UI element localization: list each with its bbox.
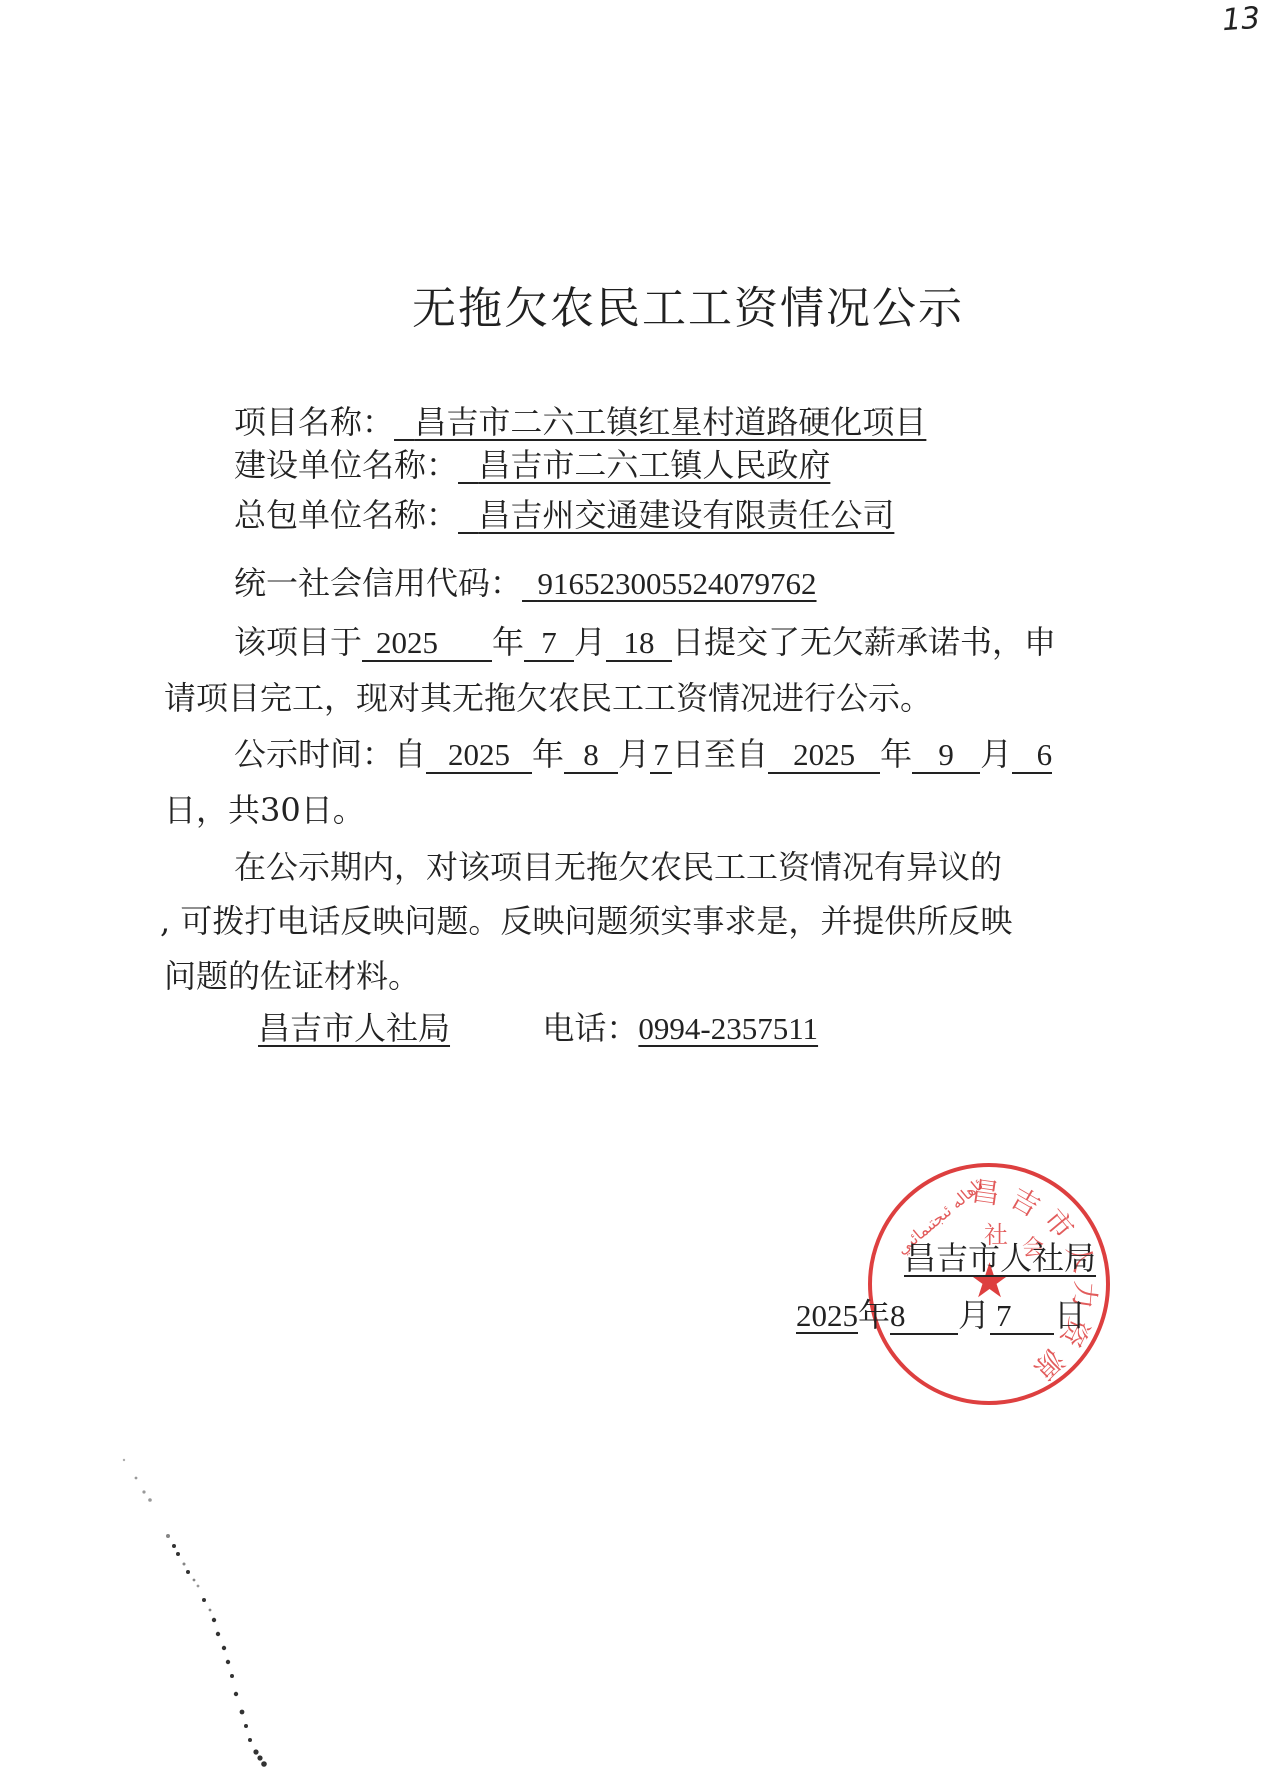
contact-org: 昌吉市人社局 [258,1009,450,1047]
period-end-month: 9 [912,739,980,774]
year-unit: 年 [532,735,564,773]
signature-date-row: 2025年8月7日 [796,1290,1086,1336]
signature-month: 8 [890,1300,958,1335]
document-title: 无拖欠农民工工资情况公示 [412,272,964,336]
month-unit: 月 [958,1296,990,1334]
period-start-day: 7 [650,739,672,774]
objection-line-3: 问题的佐证材料。 [164,951,420,997]
project-name-label: 项目名称： [234,403,394,441]
submission-year: 2025 [362,627,492,662]
period-end-year: 2025 [768,739,880,774]
year-unit: 年 [858,1296,890,1334]
credit-code-value: 916523005524079762 [522,566,817,601]
year-unit: 年 [492,623,524,661]
builder-label: 建设单位名称： [234,446,458,484]
month-unit: 月 [618,735,650,773]
year-unit: 年 [880,735,912,773]
objection-line-1: 在公示期内，对该项目无拖欠农民工工资情况有异议的 [234,842,1002,888]
builder-value: 昌吉市二六工镇人民政府 [458,446,830,484]
signature-org: 昌吉市人社局 [904,1239,1096,1277]
contractor-label: 总包单位名称： [234,496,458,534]
month-unit: 月 [980,735,1012,773]
signature-org-row: 昌吉市人社局 [904,1233,1096,1279]
period-line-2: 日，共30日。 [164,785,365,831]
day-unit: 日 [1054,1296,1086,1334]
official-seal: ★ 昌 吉 市 人 力 资 源 社 会 ئاھالە ئىجتىمائىي [868,1163,1110,1405]
phone-number: 0994-2357511 [638,1011,818,1046]
period-end-day: 6 [1012,739,1052,774]
submission-day: 18 [606,627,672,662]
signature-year: 2025 [796,1298,858,1333]
contact-row: 昌吉市人社局 电话：0994-2357511 [258,1003,818,1049]
period-start-year: 2025 [426,739,532,774]
submission-prefix: 该项目于 [234,623,362,661]
credit-code-label: 统一社会信用代码： [234,564,522,602]
submission-line-2: 请项目完工，现对其无拖欠农民工工资情况进行公示。 [164,673,932,719]
signature-day: 7 [990,1300,1054,1335]
period-prefix: 公示时间：自 [234,735,426,773]
builder-row: 建设单位名称： 昌吉市二六工镇人民政府 [234,440,830,486]
submission-suffix: 日提交了无欠薪承诺书，申 [672,623,1056,661]
period-start-month: 8 [564,739,618,774]
seal-ring-char: 吉 [1004,1177,1048,1226]
contractor-row: 总包单位名称： 昌吉州交通建设有限责任公司 [234,490,894,536]
page-number: 13 [1221,1,1262,39]
period-line-1: 公示时间：自2025年8月7日至自2025年9月6 [234,729,1052,775]
month-unit: 月 [574,623,606,661]
credit-code-row: 统一社会信用代码： 916523005524079762 [234,558,817,604]
objection-line-2: , 可拨打电话反映问题。反映问题须实事求是，并提供所反映 [160,896,1012,942]
period-to-text: 日至自 [672,735,768,773]
phone-label: 电话： [542,1009,638,1047]
scan-edge-artifact [118,1440,288,1770]
submission-month: 7 [524,627,574,662]
contractor-value: 昌吉州交通建设有限责任公司 [458,496,894,534]
project-name-row: 项目名称： 昌吉市二六工镇红星村道路硬化项目 [234,397,926,443]
seal-ring-char: 源 [1026,1341,1074,1389]
project-name-value: 昌吉市二六工镇红星村道路硬化项目 [394,403,926,441]
submission-line-1: 该项目于2025年7月18日提交了无欠薪承诺书，申 [234,617,1056,663]
